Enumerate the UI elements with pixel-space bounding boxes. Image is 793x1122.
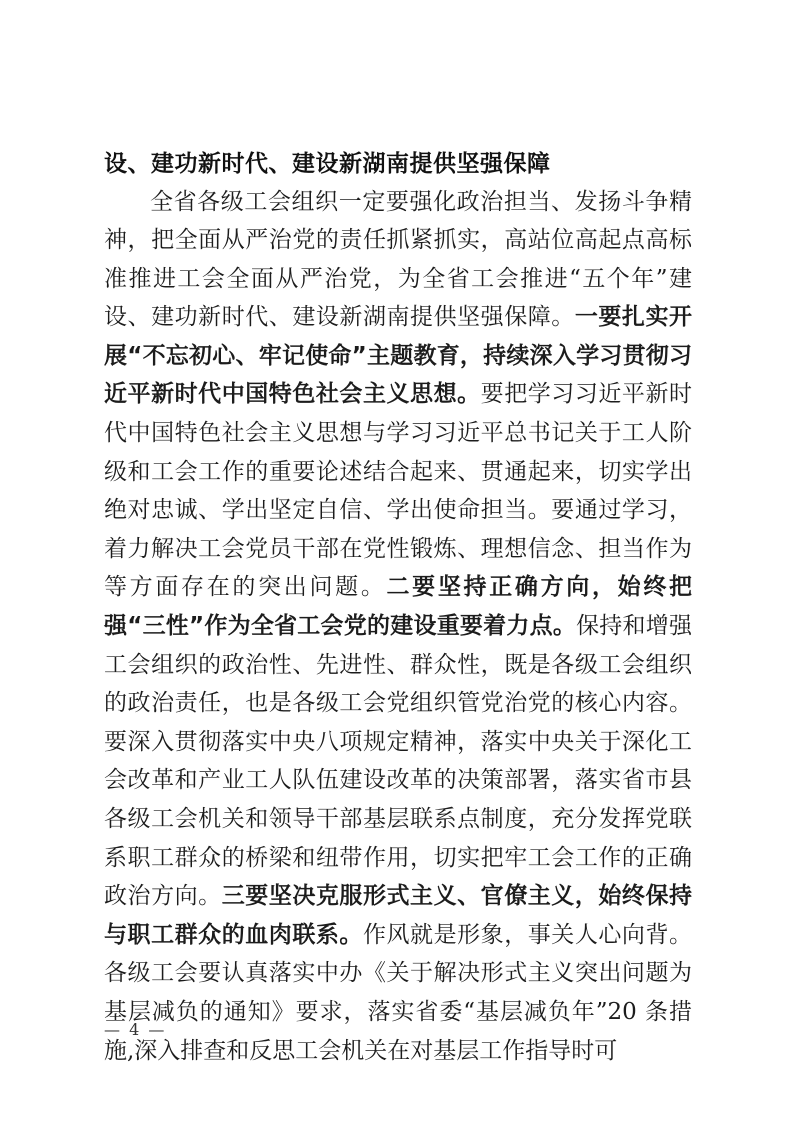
- body-paragraph: 全省各级工会组织一定要强化政治担当、发扬斗争精神，把全面从严治党的责任抓紧抓实，…: [104, 183, 692, 1071]
- section-heading-continuation: 设、建功新时代、建设新湖南提供坚强保障: [104, 144, 692, 183]
- page-number: — 4 —: [104, 1020, 166, 1039]
- text-run: 保持和增强工会组织的政治性、先进性、群众性，既是各级工会组织的政治责任，也是各级…: [104, 613, 692, 909]
- document-page: 设、建功新时代、建设新湖南提供坚强保障 全省各级工会组织一定要强化政治担当、发扬…: [0, 0, 793, 1122]
- document-content: 设、建功新时代、建设新湖南提供坚强保障 全省各级工会组织一定要强化政治担当、发扬…: [104, 144, 692, 1070]
- text-run: 要把学习习近平新时代中国特色社会主义思想与学习习近平总书记关于工人阶级和工会工作…: [104, 381, 692, 600]
